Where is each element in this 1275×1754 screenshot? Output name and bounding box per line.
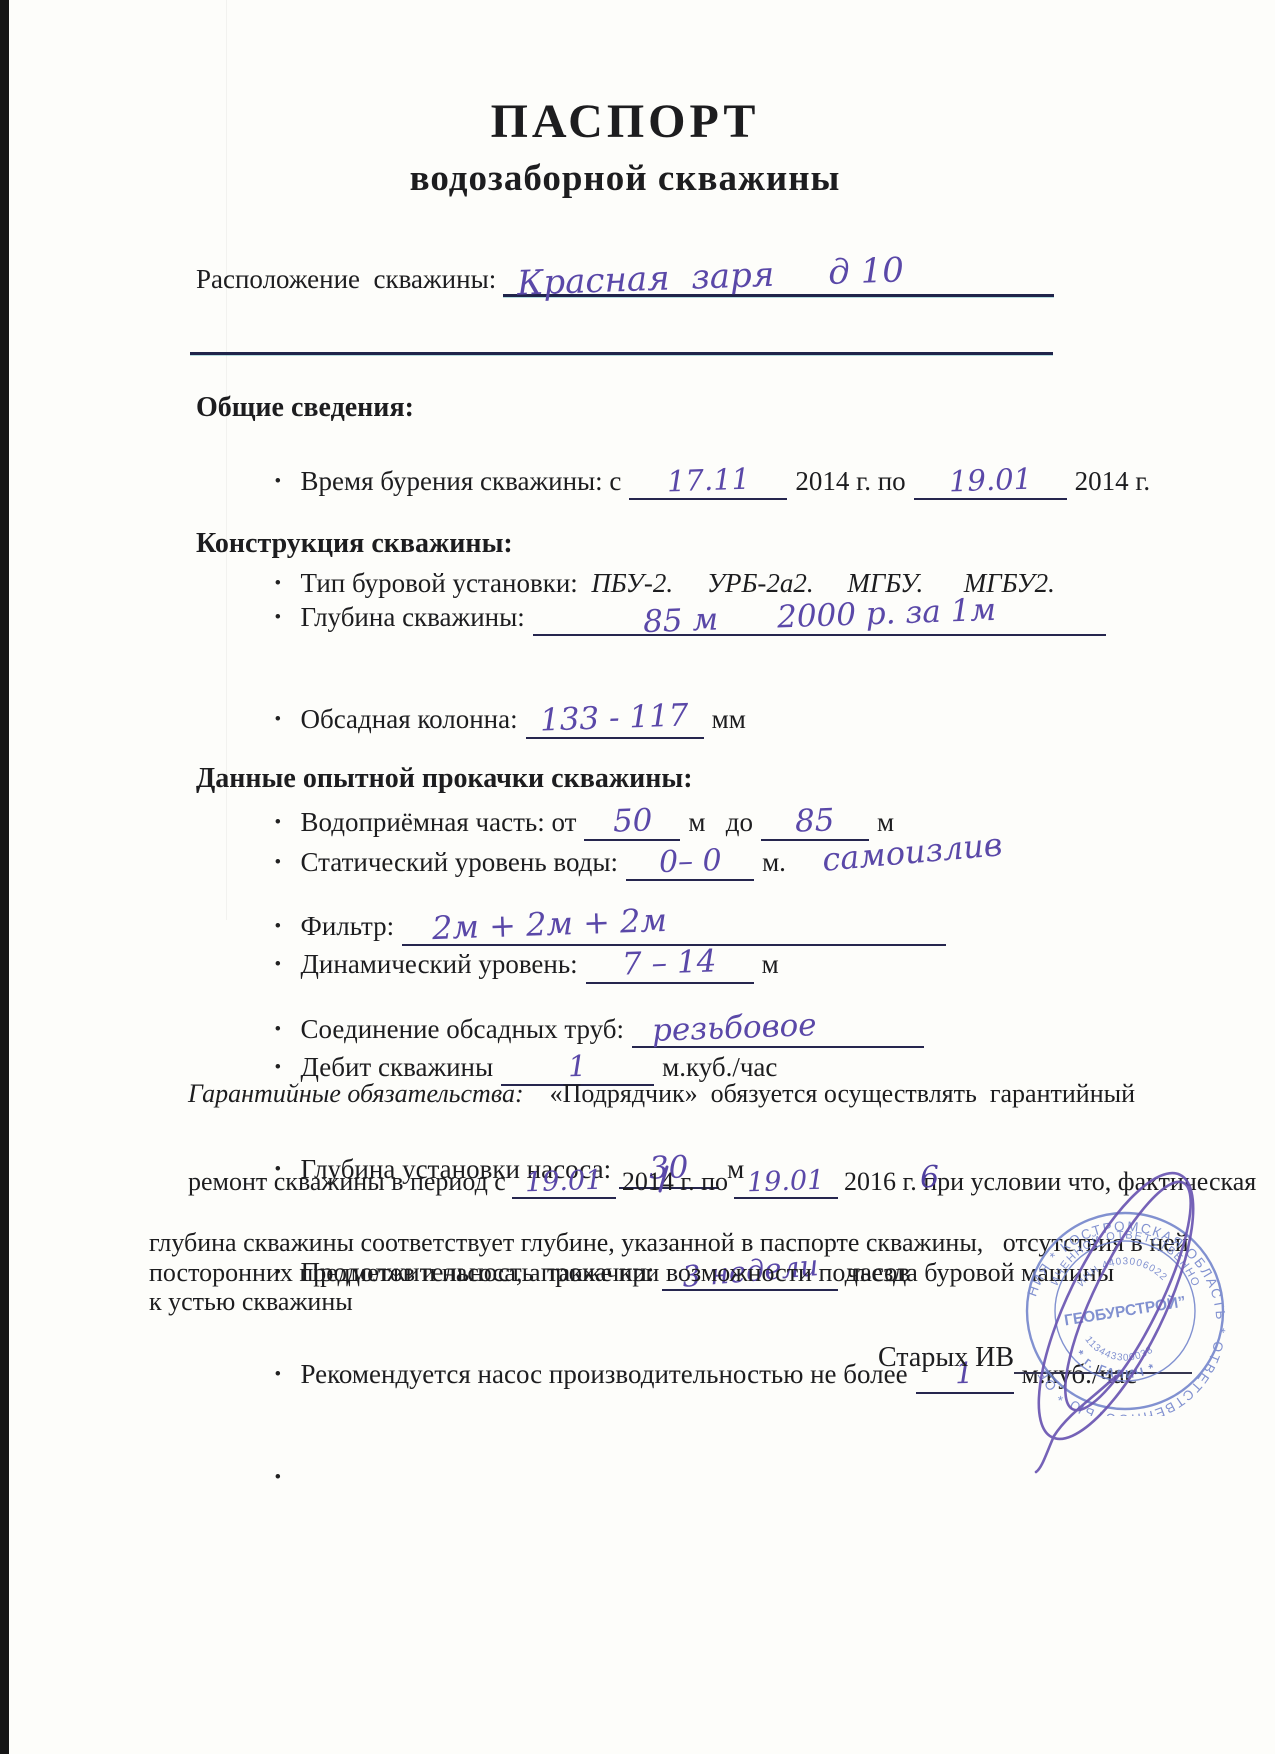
bullet-icon: • [275, 1461, 301, 1495]
guarantee-lead: Гарантийные обязательства: [188, 1079, 524, 1108]
bullet-icon: • [275, 846, 301, 880]
static-note-handwritten: самоизлив [821, 828, 1004, 876]
depth-handwritten: 85 м 2000 р. за 1м [642, 594, 996, 637]
signature-tail [1036, 1436, 1054, 1472]
guarantee-to-blank: 19.01 [734, 1167, 838, 1199]
guarantee-line2-pre: ремонт скважины в период с [188, 1167, 506, 1196]
dynamic-unit: м [762, 949, 779, 979]
bullet-icon: • [275, 703, 301, 737]
dynamic-label: Динамический уровень: [301, 949, 578, 979]
row-drilling-time: •Время бурения скважины: с17.112014 г. п… [234, 431, 1206, 534]
static-handwritten: 0– 0 [658, 845, 722, 877]
casing-label: Обсадная колонна: [301, 704, 518, 734]
guarantee-to-handwritten: 19.01 [747, 1167, 825, 1197]
signatory-name: Старых ИВ [878, 1342, 1014, 1374]
drilling-suffix: 2014 г. [1075, 466, 1151, 496]
bullet-icon: • [275, 1358, 301, 1392]
casing-blank: 133 - 117 [526, 703, 704, 739]
drilling-from-blank: 17.11 [629, 465, 787, 501]
row-dynamic-level: •Динамический уровень:7 – 14м [234, 915, 1206, 1018]
static-unit: м. [762, 847, 786, 877]
drilling-from-handwritten: 17.11 [666, 464, 750, 496]
row-static-level: •Статический уровень воды:0– 0м.самоизли… [234, 802, 1206, 915]
document-subtitle: водозаборной скважины [0, 157, 1250, 200]
guarantee-from-blank: 19.01 [512, 1167, 616, 1199]
casing-handwritten: 133 - 117 [540, 700, 690, 736]
scan-edge-strip [0, 0, 9, 1754]
general-heading: Общие сведения: [196, 392, 1206, 424]
location-row: Расположение скважины: Красная заря д 10 [196, 260, 1054, 297]
document-title: ПАСПОРТ [0, 96, 1250, 149]
row-casing: •Обсадная колонна:133 - 117мм [234, 670, 1206, 773]
scanned-well-passport-page: ПАСПОРТ водозаборной скважины Расположен… [0, 0, 1275, 1754]
dynamic-handwritten: 7 – 14 [622, 946, 717, 980]
row-depth: •Глубина скважины:85 м 2000 р. за 1м [234, 567, 1206, 670]
depth-label: Глубина скважины: [301, 602, 525, 632]
guarantee-year-from: 2014 г. по [622, 1167, 728, 1196]
guarantee-line2-mid: 2014 г. по [622, 1167, 728, 1196]
title-block: ПАСПОРТ водозаборной скважины [0, 96, 1250, 200]
ink-overwritten-digit: 6 [919, 1163, 939, 1194]
guarantee-line1-text: «Подрядчик» обязуется осуществлять гаран… [524, 1079, 1135, 1108]
location-handwritten: Красная заря д 10 [516, 253, 904, 300]
drilling-mid: 2014 г. по [795, 466, 905, 496]
handwritten-signature [998, 1146, 1243, 1476]
blank-rule-line [190, 352, 1053, 355]
bullet-icon: • [275, 465, 301, 499]
location-blank: Красная заря д 10 [503, 260, 1054, 297]
guarantee-from-handwritten: 19.01 [525, 1167, 603, 1197]
depth-blank: 85 м 2000 р. за 1м [533, 601, 1106, 637]
drilling-to-handwritten: 19.01 [948, 464, 1032, 496]
static-blank: 0– 0 [626, 846, 754, 882]
static-label: Статический уровень воды: [301, 847, 619, 877]
drilling-prefix: Время бурения скважины: с [301, 466, 622, 496]
casing-unit: мм [712, 704, 746, 734]
bullet-icon: • [275, 601, 301, 635]
pumping-heading: Данные опытной прокачки скважины: [196, 763, 1206, 795]
bullet-icon: • [275, 948, 301, 982]
drilling-to-blank: 19.01 [914, 465, 1067, 501]
recommended-label: Рекомендуется насос производительностью … [301, 1359, 908, 1389]
dynamic-blank: 7 – 14 [586, 948, 754, 984]
guarantee-line-1: Гарантийные обязательства: «Подрядчик» о… [149, 1049, 1229, 1138]
construction-heading: Конструкция скважины: [196, 528, 1206, 560]
location-label: Расположение скважины: [196, 264, 503, 295]
